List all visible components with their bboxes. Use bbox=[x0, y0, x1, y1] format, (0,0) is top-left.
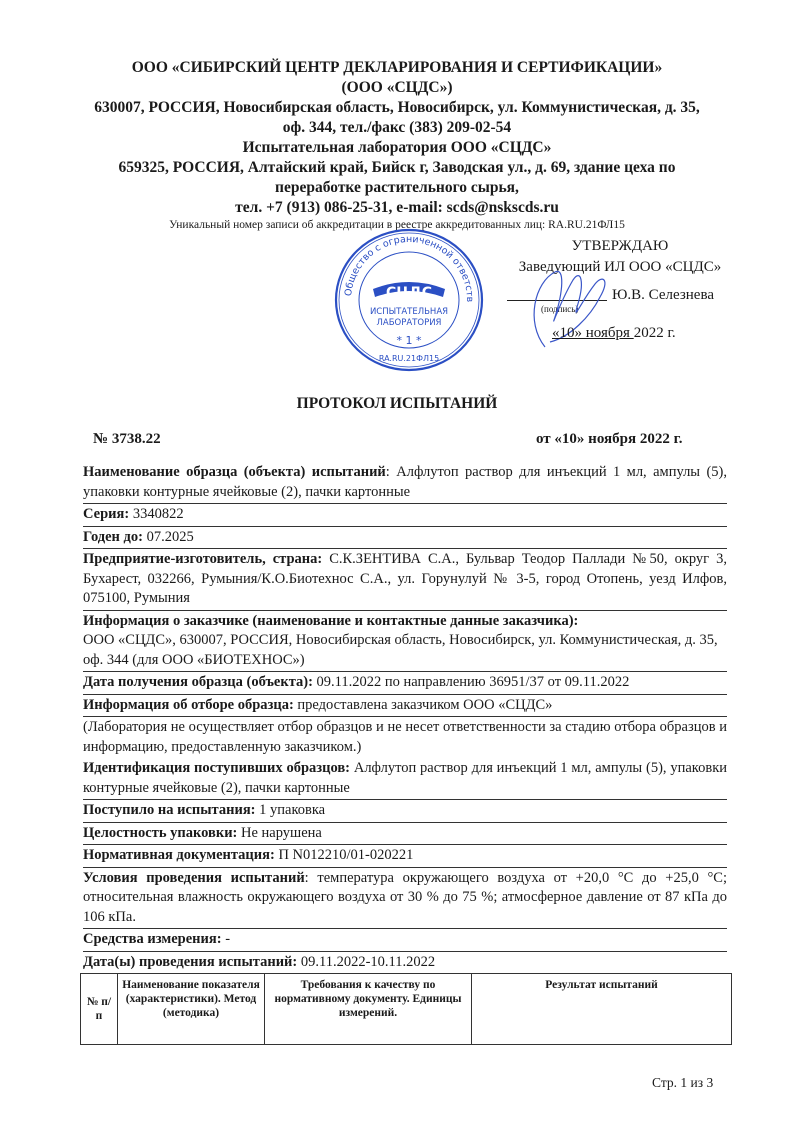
svg-text:ЛАБОРАТОРИЯ: ЛАБОРАТОРИЯ bbox=[377, 318, 442, 328]
lab-name: Испытательная лаборатория ООО «СЦДС» bbox=[60, 138, 734, 158]
document-page: ООО «СИБИРСКИЙ ЦЕНТР ДЕКЛАРИРОВАНИЯ И СЕ… bbox=[0, 0, 794, 1122]
field-sampling-note: (Лаборатория не осуществляет отбор образ… bbox=[83, 717, 727, 758]
svg-text:ИСПЫТАТЕЛЬНАЯ: ИСПЫТАТЕЛЬНАЯ bbox=[370, 307, 448, 317]
col-requirements: Требования к качеству по нормативному до… bbox=[265, 974, 472, 1045]
field-package-integrity: Целостность упаковки: Не нарушена bbox=[83, 823, 727, 846]
approval-title: УТВЕРЖДАЮ bbox=[500, 236, 740, 257]
org-address-line2: оф. 344, тел./факс (383) 209-02-54 bbox=[60, 118, 734, 138]
stamp-logo: СЦДС bbox=[386, 285, 432, 301]
lab-contacts: тел. +7 (913) 086-25-31, e-mail: scds@ns… bbox=[60, 198, 734, 218]
protocol-number: № 3738.22 bbox=[93, 431, 161, 448]
field-sample-identification: Идентификация поступивших образцов: Алфл… bbox=[83, 758, 727, 800]
page-number: Стр. 1 из 3 bbox=[652, 1075, 713, 1091]
field-expiry: Годен до: 07.2025 bbox=[83, 527, 727, 550]
approval-date: «10» ноября 2022 г. bbox=[552, 325, 676, 342]
field-customer: Информация о заказчике (наименование и к… bbox=[83, 611, 727, 673]
col-indicator: Наименование показателя (характеристики)… bbox=[118, 974, 265, 1045]
org-address-line1: 630007, РОССИЯ, Новосибирская область, Н… bbox=[60, 98, 734, 118]
protocol-title: ПРОТОКОЛ ИСПЫТАНИЙ bbox=[0, 395, 794, 413]
field-test-dates: Дата(ы) проведения испытаний: 09.11.2022… bbox=[83, 952, 727, 975]
field-measuring-instruments: Средства измерения: - bbox=[83, 929, 727, 952]
sample-info-fields: Наименование образца (объекта) испытаний… bbox=[83, 462, 727, 974]
lab-stamp: Общество с ограниченной ответственностью… bbox=[333, 227, 485, 373]
approver-name: Ю.В. Селезнева bbox=[612, 287, 714, 304]
org-name: ООО «СИБИРСКИЙ ЦЕНТР ДЕКЛАРИРОВАНИЯ И СЕ… bbox=[60, 58, 734, 78]
lab-address-line2: переработке растительного сырья, bbox=[60, 178, 734, 198]
field-sample-name: Наименование образца (объекта) испытаний… bbox=[83, 462, 727, 504]
field-manufacturer: Предприятие-изготовитель, страна: С.К.ЗЕ… bbox=[83, 549, 727, 611]
field-received-quantity: Поступило на испытания: 1 упаковка bbox=[83, 800, 727, 823]
field-receipt-date: Дата получения образца (объекта): 09.11.… bbox=[83, 672, 727, 695]
results-table: № п/п Наименование показателя (характери… bbox=[80, 973, 732, 1045]
field-test-conditions: Условия проведения испытаний: температур… bbox=[83, 868, 727, 930]
lab-address-line1: 659325, РОССИЯ, Алтайский край, Бийск г,… bbox=[60, 158, 734, 178]
col-number: № п/п bbox=[81, 974, 118, 1045]
protocol-date: от «10» ноября 2022 г. bbox=[536, 431, 682, 448]
svg-text:RA.RU.21ФЛ15: RA.RU.21ФЛ15 bbox=[379, 354, 439, 363]
org-short-name: (ООО «СЦДС») bbox=[60, 78, 734, 98]
col-result: Результат испытаний bbox=[472, 974, 732, 1045]
table-header-row: № п/п Наименование показателя (характери… bbox=[81, 974, 732, 1045]
field-normative-docs: Нормативная документация: П N012210/01-0… bbox=[83, 845, 727, 868]
svg-text:* 1 *: * 1 * bbox=[397, 334, 422, 347]
field-sampling-info: Информация об отборе образца: предоставл… bbox=[83, 695, 727, 718]
field-series: Серия: 3340822 bbox=[83, 504, 727, 527]
